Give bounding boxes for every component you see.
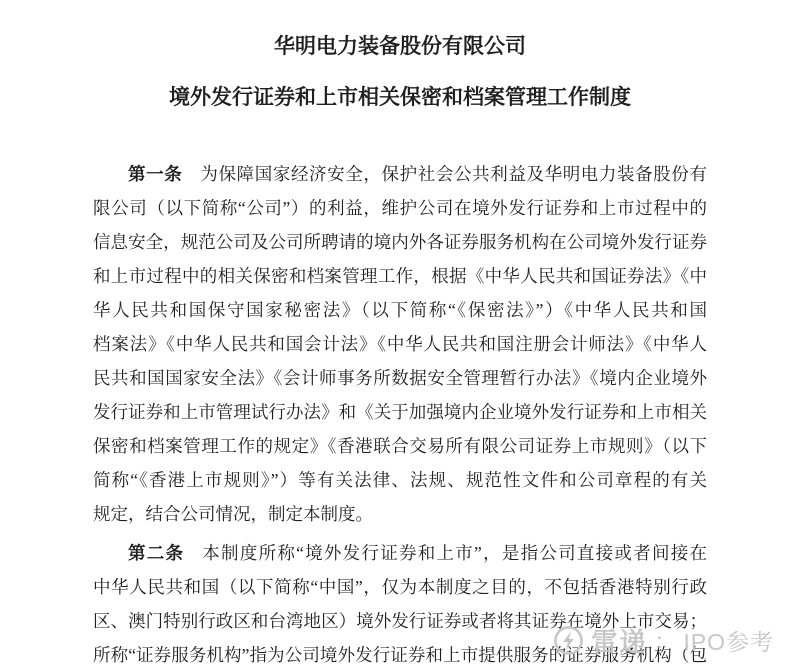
body-line: 简称“《香港上市规则》”）等有关法律、法规、规范性文件和公司章程的有关 — [93, 463, 707, 497]
clause-number: 第一条 — [128, 164, 182, 184]
company-title: 华明电力装备股份有限公司 — [0, 34, 800, 59]
body-line: 华人民共和国保守国家秘密法》（以下简称“《保密法》”）《中华人民共和国 — [93, 293, 707, 327]
document-page: 华明电力装备股份有限公司 境外发行证券和上市相关保密和档案管理工作制度 第一条为… — [0, 0, 800, 665]
body-line: 档案法》《中华人民共和国会计法》《中华人民共和国注册会计师法》《中华人 — [93, 327, 707, 361]
policy-title: 境外发行证券和上市相关保密和档案管理工作制度 — [0, 85, 800, 110]
body-line: 民共和国国家安全法》《会计师事务所数据安全管理暂行办法》《境内企业境外 — [93, 361, 707, 395]
clause-number: 第二条 — [128, 543, 184, 563]
title-block: 华明电力装备股份有限公司 境外发行证券和上市相关保密和档案管理工作制度 — [0, 34, 800, 110]
body-line: 发行证券和上市管理试行办法》和《关于加强境内企业境外发行证券和上市相关 — [93, 395, 707, 429]
body-line: 第二条本制度所称“境外发行证券和上市”，是指公司直接或者间接在 — [93, 536, 707, 570]
body-line: 和上市过程中的相关保密和档案管理工作，根据《中华人民共和国证券法》《中 — [93, 259, 707, 293]
document-body: 第一条为保障国家经济安全，保护社会公共利益及华明电力装备股份有限公司（以下简称“… — [93, 157, 707, 665]
body-line: 区、澳门特别行政区和台湾地区）境外发行证券或者将其证券在境外上市交易； — [93, 604, 707, 638]
body-line: 中华人民共和国（以下简称“中国”，仅为本制度之目的，不包括香港特别行政 — [93, 570, 707, 604]
body-line: 限公司（以下简称“公司”）的利益，维护公司在境外发行证券和上市过程中的 — [93, 191, 707, 225]
body-line: 第一条为保障国家经济安全，保护社会公共利益及华明电力装备股份有 — [93, 157, 707, 191]
paragraph: 第二条本制度所称“境外发行证券和上市”，是指公司直接或者间接在中华人民共和国（以… — [93, 536, 707, 665]
body-line: 规定，结合公司情况，制定本制度。 — [93, 497, 707, 531]
body-line: 所称“证券服务机构”指为公司境外发行证券和上市提供服务的证券服务机构（包 — [93, 638, 707, 665]
paragraph: 第一条为保障国家经济安全，保护社会公共利益及华明电力装备股份有限公司（以下简称“… — [93, 157, 707, 531]
body-line: 信息安全，规范公司及公司所聘请的境内外各证券服务机构在公司境外发行证券 — [93, 225, 707, 259]
body-line: 保密和档案管理工作的规定》《香港联合交易所有限公司证券上市规则》（以下 — [93, 429, 707, 463]
